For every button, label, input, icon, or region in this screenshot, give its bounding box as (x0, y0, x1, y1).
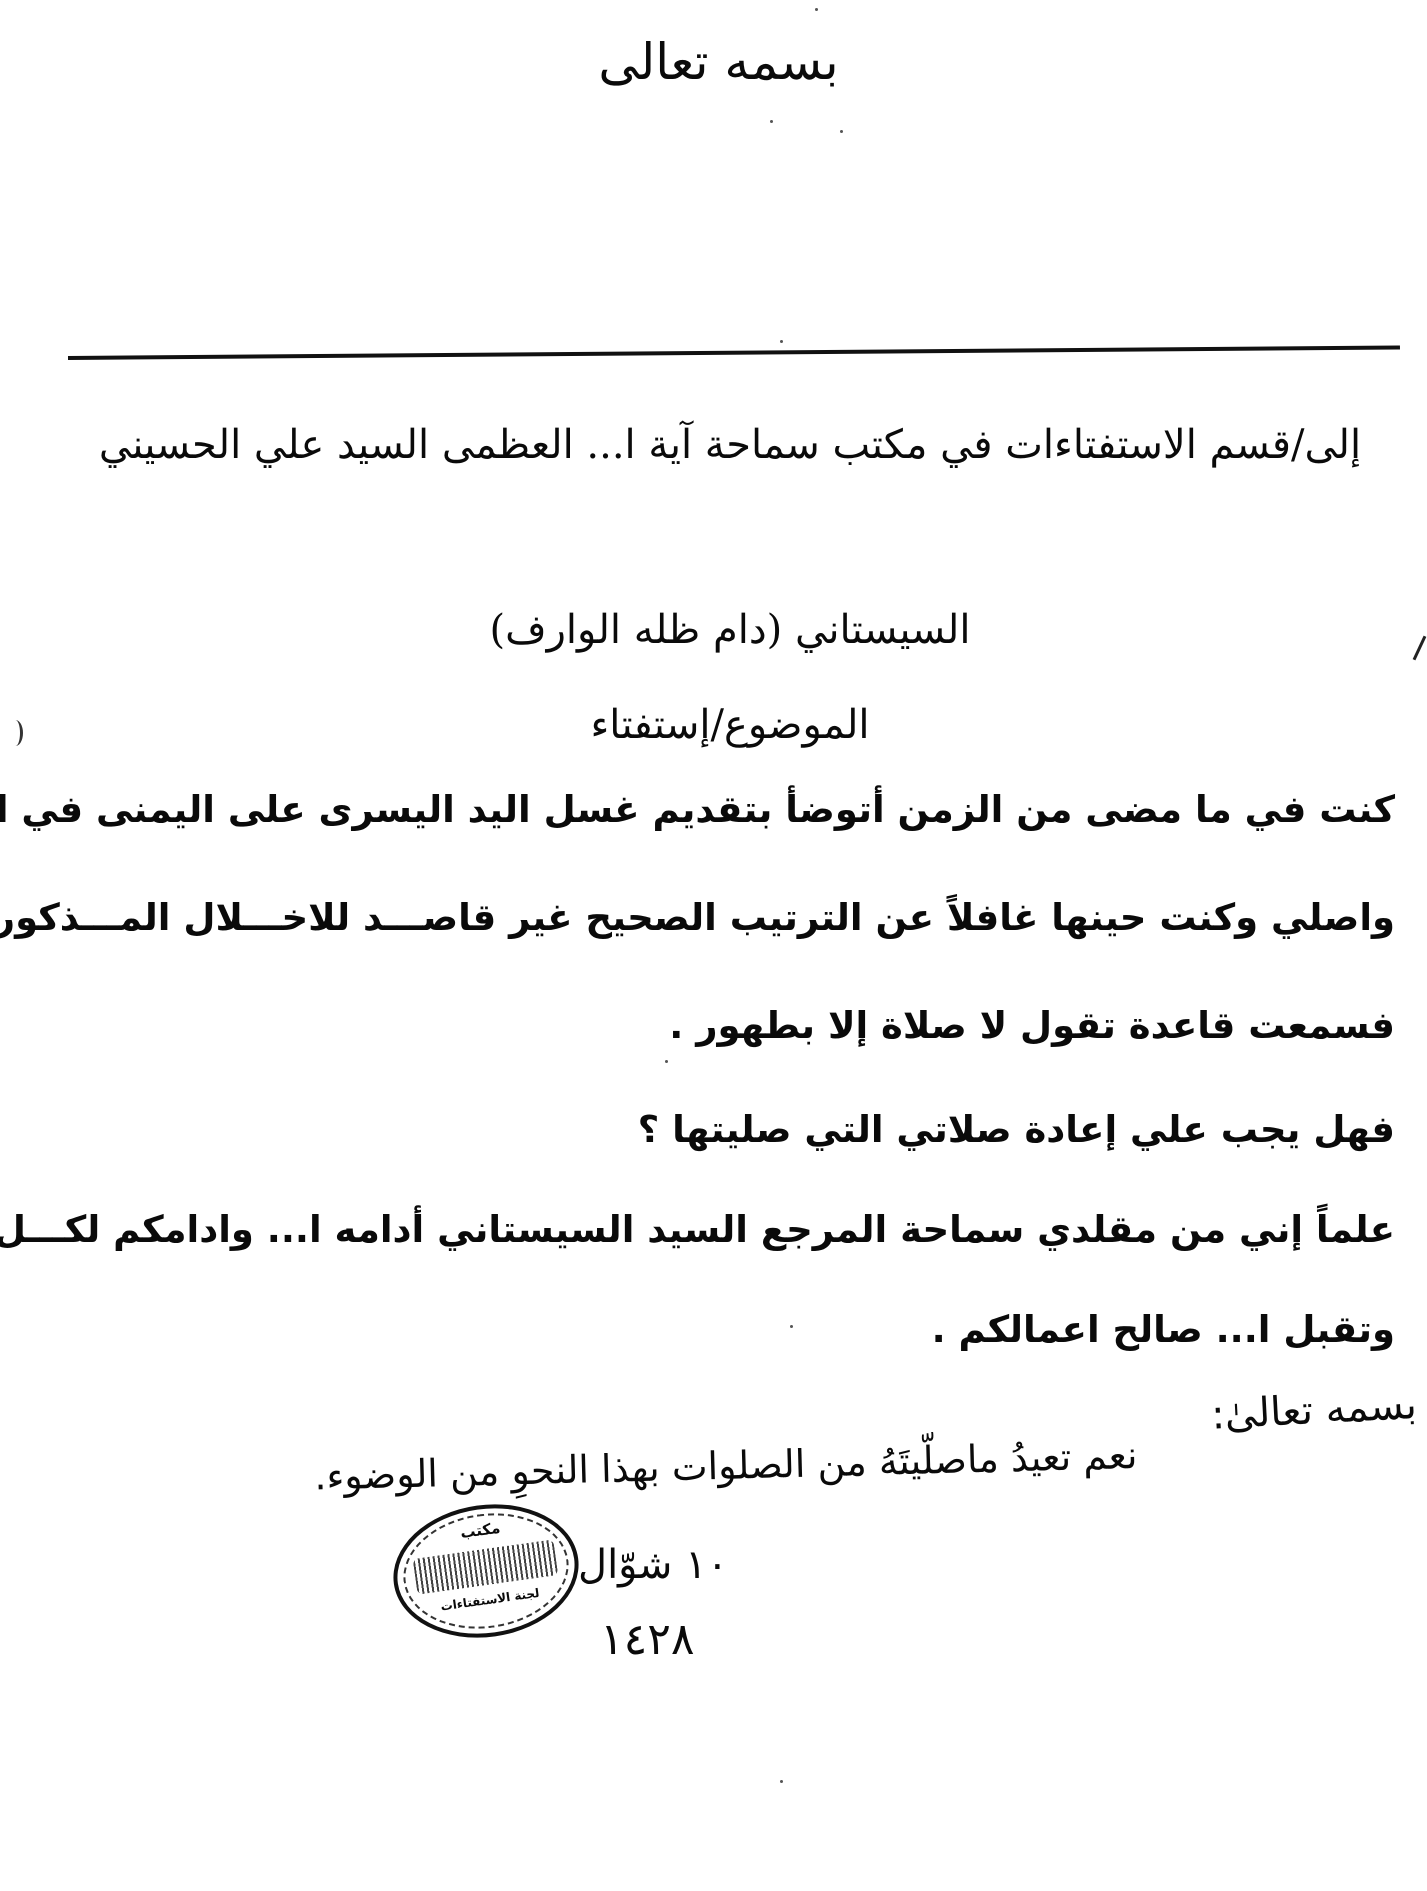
scan-speck (780, 1780, 783, 1783)
scan-speck (815, 8, 818, 11)
answer-date-day-month: ١٠ شوّال (578, 1535, 728, 1595)
question-line-1: كنت في ما مضى من الزمن أتوضأ بتقديم غسل … (50, 770, 1395, 850)
office-seal-stamp-icon: مكتب لجنة الاستفتاءات (385, 1493, 588, 1650)
answer-basmala: بسمه تعالىٰ: (1210, 1375, 1419, 1446)
scan-speck (840, 130, 843, 133)
header-basmala: بسمه تعالى (0, 22, 1427, 102)
question-line-2: واصلي وكنت حينها غافلاً عن الترتيب الصحي… (50, 878, 1395, 958)
address-name-line: السيستاني (دام ظله الوارف) (60, 595, 1400, 665)
scan-speck (790, 1325, 793, 1328)
margin-mark-left (8, 720, 23, 746)
horizontal-rule (68, 346, 1400, 360)
question-line-3: فسمعت قاعدة تقول لا صلاة إلا بطهور . (50, 986, 1395, 1066)
answer-text: نعم تعيدُ ماصلّيتَهُ من الصلوات بهذا الن… (313, 1420, 1138, 1512)
question-line-5: علماً إني من مقلدي سماحة المرجع السيد ال… (50, 1190, 1395, 1270)
scan-speck (665, 1060, 668, 1063)
scanned-document-page: بسمه تعالى إلى/قسم الاستفتاءات في مكتب س… (0, 0, 1427, 1891)
address-recipient-line: إلى/قسم الاستفتاءات في مكتب سماحة آية ا.… (60, 400, 1400, 580)
scan-speck (770, 120, 773, 123)
subject-line: الموضوع/إستفتاء (60, 690, 1400, 760)
margin-mark-right (1413, 636, 1427, 661)
question-line-4: فهل يجب علي إعادة صلاتي التي صليتها ؟ (50, 1090, 1395, 1170)
question-line-6: وتقبل ا... صالح اعمالكم . (50, 1290, 1395, 1370)
answer-date-year: ١٤٢٨ (600, 1610, 695, 1670)
scan-speck (780, 340, 783, 343)
